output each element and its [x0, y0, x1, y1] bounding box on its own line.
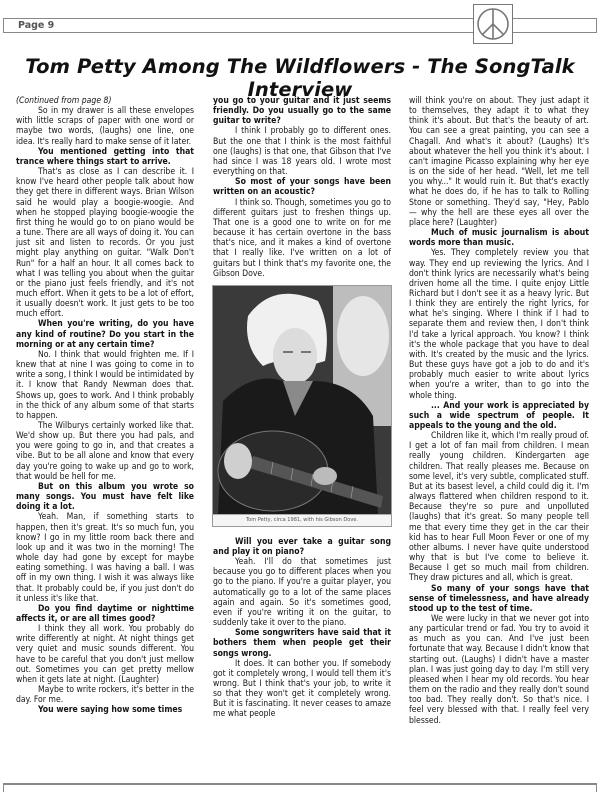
peace-sign-icon: [473, 4, 513, 44]
interview-answer: So in my drawer is all these envelopes w…: [16, 106, 194, 147]
interview-question: ... And your work is appreciated by such…: [409, 401, 589, 431]
interview-question: Do you find daytime or nighttime affects…: [16, 604, 194, 624]
interview-answer: That's as close as I can describe it. I …: [16, 167, 194, 319]
interview-answer: Yeah. I'll do that sometimes just becaus…: [213, 557, 391, 628]
interview-question: But on this album you wrote so many song…: [16, 482, 194, 512]
interview-answer: We were lucky in that we never got into …: [409, 614, 589, 726]
interview-question: So most of your songs have been written …: [213, 177, 391, 197]
column-2-bottom: Will you ever take a guitar song and pla…: [213, 537, 391, 720]
tom-petty-photo: Tom Petty, circa 1981, with his Gibson D…: [212, 285, 392, 527]
column-2: you go to your guitar and it just seems …: [213, 96, 391, 720]
interview-question: Will you ever take a guitar song and pla…: [213, 537, 391, 557]
interview-question: You were saying how some times: [16, 705, 194, 715]
interview-question: Much of music journalism is about words …: [409, 228, 589, 248]
interview-question: So many of your songs have that sense of…: [409, 584, 589, 614]
interview-question: You mentioned getting into that trance w…: [16, 147, 194, 167]
photo-caption: Tom Petty, circa 1981, with his Gibson D…: [213, 514, 391, 526]
article-title: Tom Petty Among The Wildflowers - The So…: [0, 55, 600, 101]
interview-answer: Yes. They completely review you that way…: [409, 248, 589, 400]
continued-note: (Continued from page 8): [16, 96, 194, 106]
column-1-body: So in my drawer is all these envelopes w…: [16, 106, 194, 715]
interview-question: you go to your guitar and it just seems …: [213, 96, 391, 126]
column-3: will think you're on about. They just ad…: [409, 96, 589, 726]
column-3-body: will think you're on about. They just ad…: [409, 96, 589, 726]
interview-answer: I think I probably go to different ones.…: [213, 126, 391, 177]
interview-answer: It does. It can bother you. If somebody …: [213, 659, 391, 720]
interview-answer: I think they all work. You probably do w…: [16, 624, 194, 685]
interview-answer: will think you're on about. They just ad…: [409, 96, 589, 228]
column-1: (Continued from page 8) So in my drawer …: [16, 96, 194, 716]
page-number: Page 9: [18, 19, 54, 33]
interview-answer: No. I think that would frighten me. If I…: [16, 350, 194, 421]
interview-question: Some songwriters have said that it bothe…: [213, 628, 391, 658]
page-header-bar: Page 9: [3, 18, 473, 33]
interview-answer: Children like it, which I'm really proud…: [409, 431, 589, 583]
header-bar-right: [513, 18, 597, 33]
interview-question: When you're writing, do you have any kin…: [16, 319, 194, 349]
interview-answer: I think so. Though, sometimes you go to …: [213, 198, 391, 279]
interview-answer: Maybe to write rockers, it's better in t…: [16, 685, 194, 705]
column-2-top: you go to your guitar and it just seems …: [213, 96, 391, 279]
interview-answer: Yeah. Man, if something starts to happen…: [16, 512, 194, 603]
interview-answer: The Wilburys certainly worked like that.…: [16, 421, 194, 482]
page-footer-bar: [3, 783, 597, 792]
